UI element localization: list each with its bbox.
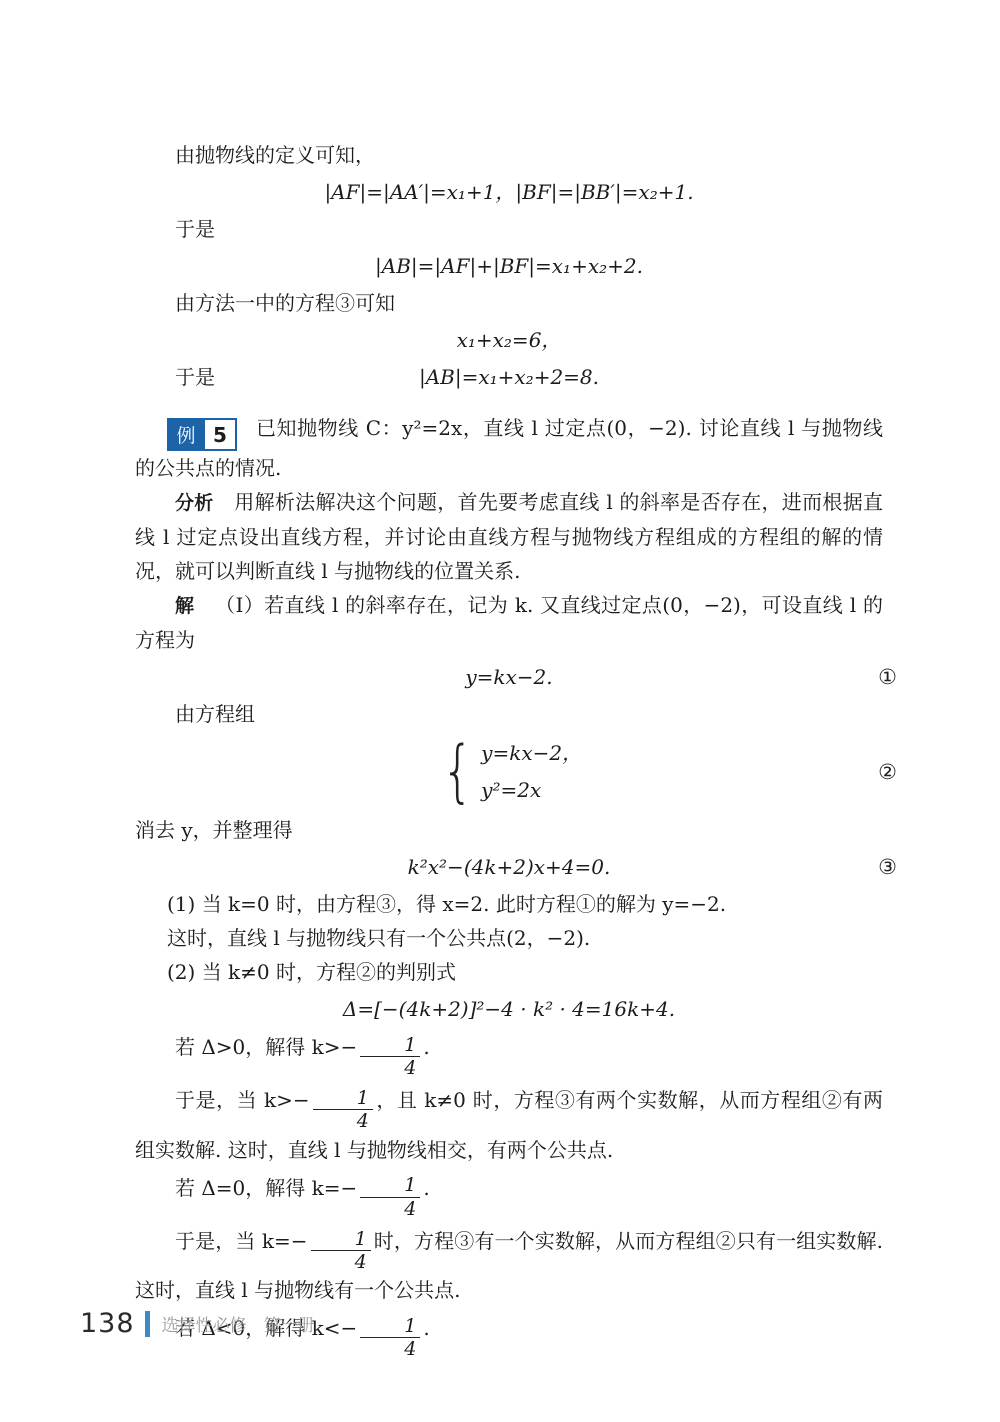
- equation-x1x2: x₁+x₂=6，: [135, 323, 883, 357]
- eliminate-text: 消去 y，并整理得: [135, 813, 883, 847]
- equation-delta: Δ=[−(4k+2)]²−4 · k² · 4=16k+4.: [135, 992, 883, 1026]
- solution-label: 解: [175, 595, 194, 617]
- delta-negative-post: .: [423, 1316, 429, 1340]
- fraction-one-fourth: 14: [360, 1034, 420, 1080]
- equation-ab-sum: |AB|=|AF|+|BF|=x₁+x₂+2.: [135, 249, 883, 283]
- analysis-label: 分析: [175, 492, 214, 514]
- result-pre: 于是，当 k=−: [175, 1229, 308, 1253]
- analysis-paragraph: 分析 用解析法解决这个问题，首先要考虑直线 l 的斜率是否存在，进而根据直线 l…: [135, 485, 883, 588]
- delta-positive-line: 若 Δ>0，解得 k>−14.: [135, 1030, 883, 1079]
- book-title: 选择性必修 第一册: [162, 1311, 315, 1336]
- solution-paragraph: 解 （Ⅰ）若直线 l 的斜率存在，记为 k. 又直线过定点(0，−2)，可设直线…: [135, 588, 883, 657]
- delta-zero-pre: 若 Δ=0，解得 k=−: [175, 1176, 357, 1200]
- delta-positive-pre: 若 Δ>0，解得 k>−: [175, 1035, 357, 1059]
- case1-line1: (1) 当 k=0 时，由方程③，得 x=2. 此时方程①的解为 y=−2.: [135, 887, 883, 921]
- equation-text: y=kx−2.: [465, 665, 552, 689]
- equation-number-1: ①: [878, 660, 897, 694]
- equation-line-1: y=kx−2. ①: [135, 660, 883, 694]
- fraction-one-fourth: 14: [360, 1315, 420, 1361]
- analysis-text: 用解析法解决这个问题，首先要考虑直线 l 的斜率是否存在，进而根据直线 l 过定…: [135, 490, 883, 583]
- delta-zero-line: 若 Δ=0，解得 k=−14.: [135, 1171, 883, 1220]
- from-method-text: 由方法一中的方程③可知: [135, 286, 883, 320]
- case1-line2: 这时，直线 l 与抛物线只有一个公共点(2，−2).: [135, 921, 883, 955]
- derivation-intro: 由抛物线的定义可知，: [135, 138, 883, 172]
- fraction-one-fourth: 14: [360, 1174, 420, 1220]
- delta-zero-post: .: [423, 1176, 429, 1200]
- equation-text: k²x²−(4k+2)x+4=0.: [408, 855, 611, 879]
- equation-text: x₁+x₂=6，: [457, 328, 562, 352]
- equation-text: |AB|=|AF|+|BF|=x₁+x₂+2.: [375, 254, 643, 278]
- equation-text: Δ=[−(4k+2)]²−4 · k² · 4=16k+4.: [343, 997, 675, 1021]
- textbook-page: 由抛物线的定义可知， |AF|=|AA′|=x₁+1，|BF|=|BB′|=x₂…: [0, 0, 1000, 1422]
- example-statement-text: 已知抛物线 C：y²=2x，直线 l 过定点(0，−2). 讨论直线 l 与抛物…: [135, 416, 883, 480]
- equation-af-bf: |AF|=|AA′|=x₁+1，|BF|=|BB′|=x₂+1.: [135, 175, 883, 209]
- delta-positive-post: .: [423, 1035, 429, 1059]
- page-content: 由抛物线的定义可知， |AF|=|AA′|=x₁+1，|BF|=|BB′|=x₂…: [135, 138, 883, 1365]
- then-with-equation: 于是 |AB|=x₁+x₂+2=8.: [135, 360, 883, 394]
- system-lines: y=kx−2， y²=2x: [481, 735, 582, 809]
- system-brace: {: [441, 741, 473, 802]
- fraction-one-fourth: 14: [313, 1087, 373, 1133]
- by-system-text: 由方程组: [135, 697, 883, 731]
- page-number: 138: [80, 1308, 135, 1339]
- fraction-one-fourth: 14: [311, 1228, 371, 1274]
- delta-zero-result: 于是，当 k=−14时，方程③有一个实数解，从而方程组②只有一组实数解. 这时，…: [135, 1224, 883, 1307]
- example-badge: 例 5: [167, 418, 237, 451]
- result-pre: 于是，当 k>−: [175, 1088, 310, 1112]
- footer-divider-bar: [145, 1311, 150, 1337]
- solution-intro-text: （Ⅰ）若直线 l 的斜率存在，记为 k. 又直线过定点(0，−2)，可设直线 l…: [135, 593, 883, 652]
- then-label-1: 于是: [135, 212, 883, 246]
- example5-statement: 例 5 已知抛物线 C：y²=2x，直线 l 过定点(0，−2). 讨论直线 l…: [135, 411, 883, 485]
- example-badge-number: 5: [203, 420, 235, 449]
- equation-ab-8: |AB|=x₁+x₂+2=8.: [135, 360, 883, 394]
- system-line-1: y=kx−2，: [481, 735, 582, 772]
- equation-system: { y=kx−2， y²=2x ②: [135, 735, 883, 809]
- example-badge-label: 例: [169, 420, 203, 449]
- equation-number-3: ③: [878, 850, 897, 884]
- equation-text: |AF|=|AA′|=x₁+1，|BF|=|BB′|=x₂+1.: [324, 180, 693, 204]
- equation-number-2: ②: [878, 755, 897, 789]
- then-label-2: 于是: [175, 360, 215, 394]
- delta-positive-result: 于是，当 k>−14，且 k≠0 时，方程③有两个实数解，从而方程组②有两组实数…: [135, 1083, 883, 1166]
- section-spacer: [135, 397, 883, 411]
- case2-intro: (2) 当 k≠0 时，方程②的判别式: [135, 955, 883, 989]
- page-footer: 138 选择性必修 第一册: [80, 1308, 315, 1339]
- system-line-2: y²=2x: [481, 772, 582, 809]
- equation-quadratic: k²x²−(4k+2)x+4=0. ③: [135, 850, 883, 884]
